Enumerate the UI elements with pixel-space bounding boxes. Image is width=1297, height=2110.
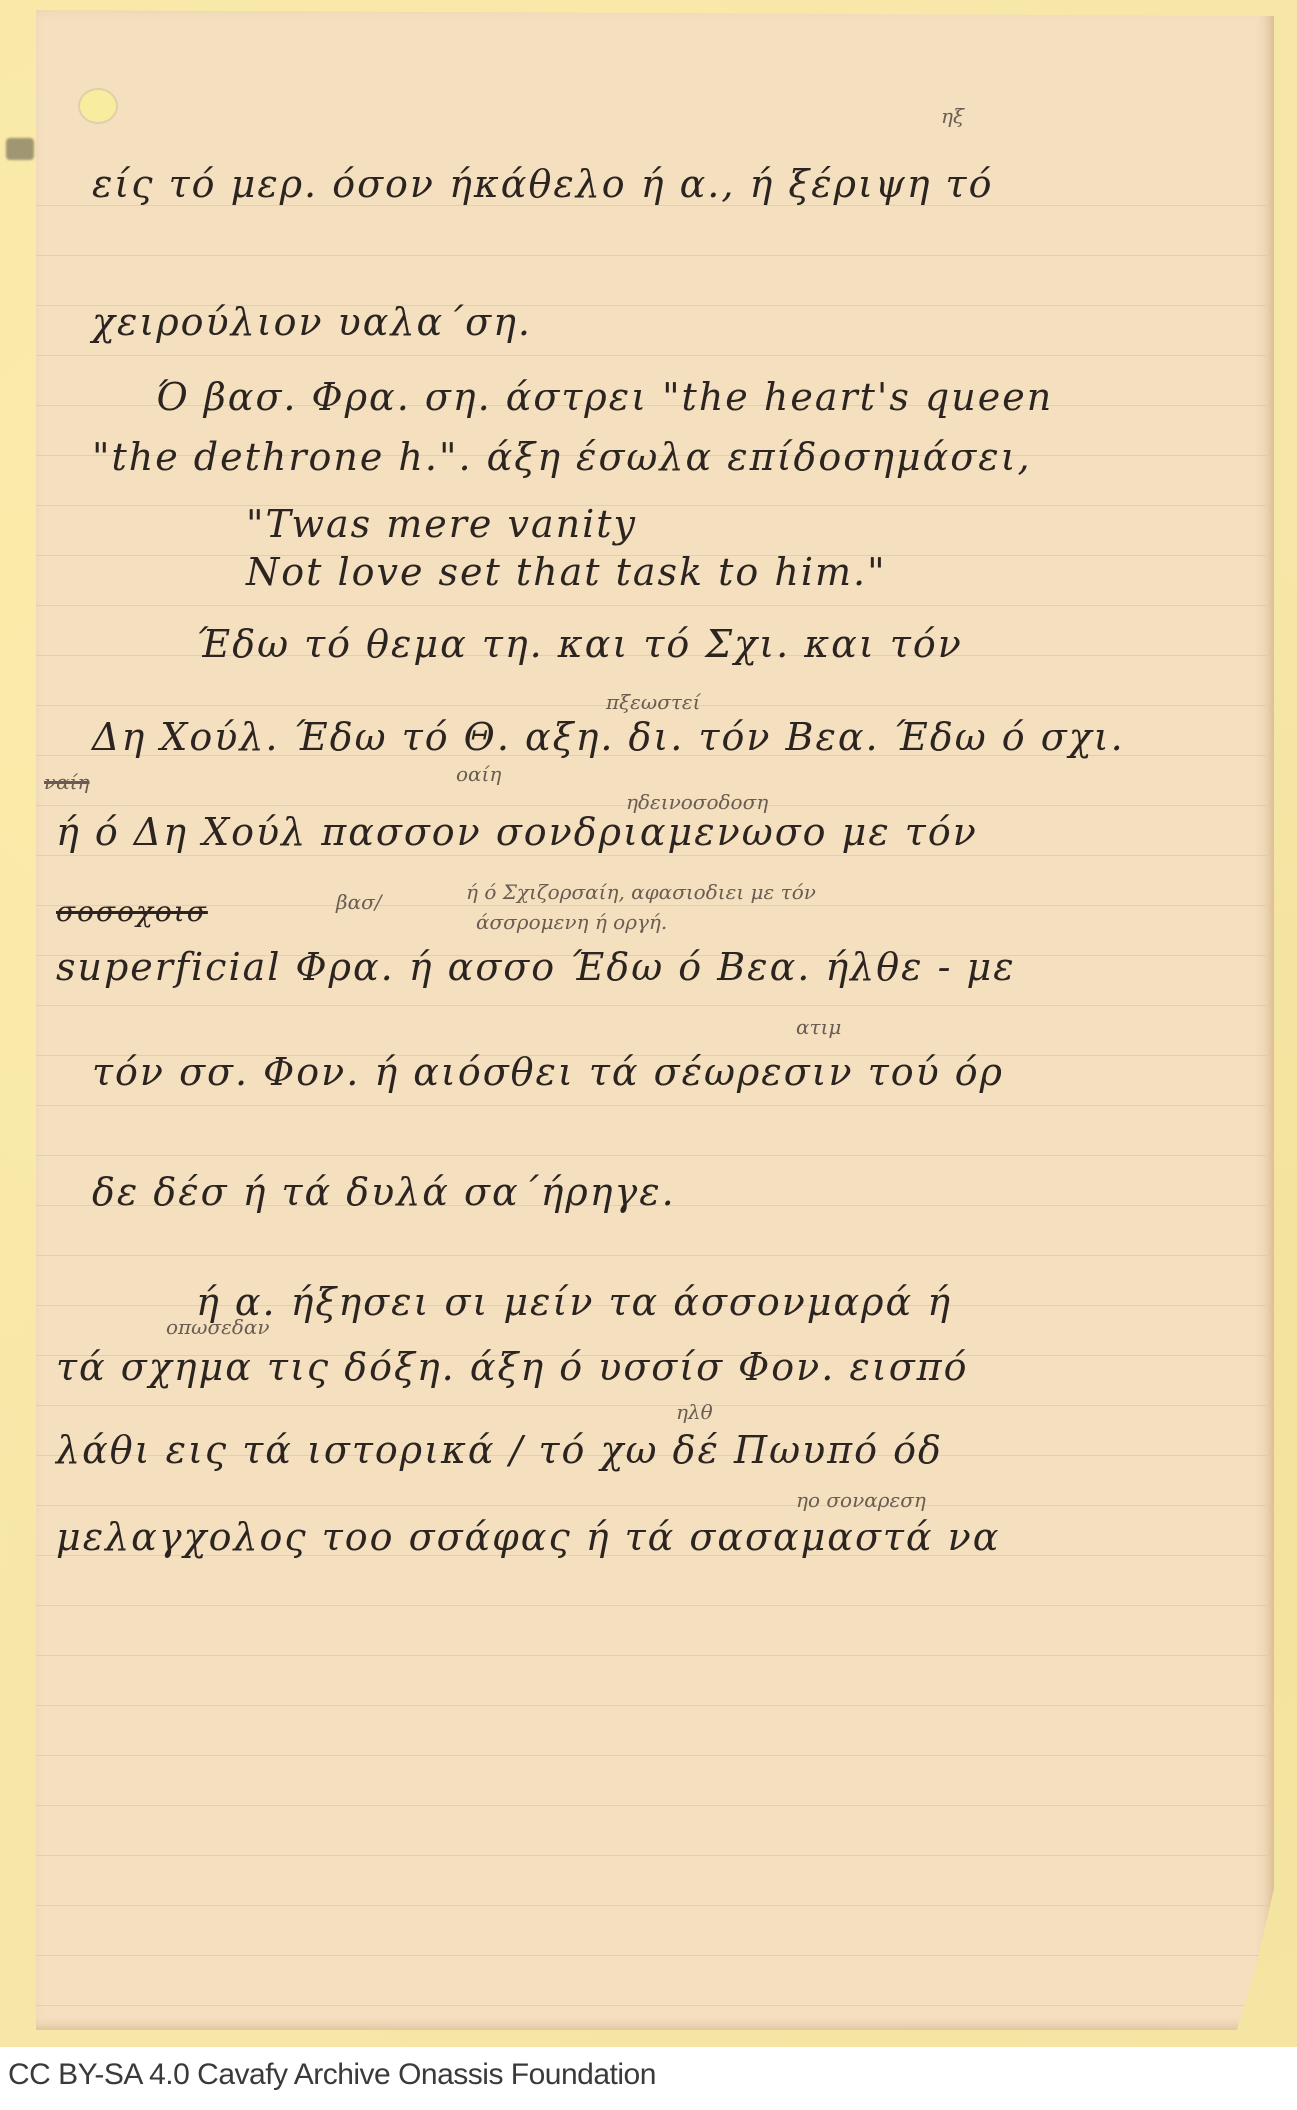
interlinear-note: ατιμ xyxy=(796,1015,841,1039)
ruled-line xyxy=(36,1955,1274,1956)
ruled-line xyxy=(36,1755,1274,1756)
ruled-line xyxy=(36,355,1274,356)
manuscript-line: ή ό Δη Χούλ πασσον σονδριαμενωσο με τόν xyxy=(56,810,978,854)
interlinear-note: ηξ xyxy=(941,104,964,128)
ruled-line xyxy=(36,1655,1274,1656)
interlinear-note: βασ/ xyxy=(336,890,381,914)
manuscript-line: Ό βασ. Φρα. ση. άστρει "the heart's quee… xyxy=(156,375,1053,419)
ruled-line xyxy=(36,1005,1274,1006)
interlinear-note: οαίη xyxy=(456,762,501,786)
manuscript-line: τά σχημα τις δόξη. άξη ό υσσίσ Φον. εισπ… xyxy=(56,1345,969,1389)
manuscript-line: "the dethrone h.". άξη έσωλα επίδοσημάσε… xyxy=(92,435,1032,479)
manuscript-line: είς τό μερ. όσον ήκάθελο ή α., ή ξέριψη … xyxy=(92,162,993,206)
manuscript-line: μελαγχολος τοο σσάφας ή τά σασαμαστά να xyxy=(56,1515,1000,1559)
manuscript-line: τόν σσ. Φον. ή αιόσθει τά σέωρεσιν τού ό… xyxy=(92,1050,1004,1094)
manuscript-line: λάθι εις τά ιστορικά / τό χω δέ Πωυπό όδ xyxy=(56,1428,943,1472)
manuscript-page: είς τό μερ. όσον ήκάθελο ή α., ή ξέριψη … xyxy=(36,10,1274,2030)
manuscript-quote-line: "Twas mere vanity xyxy=(246,502,637,546)
ruled-line xyxy=(36,1405,1274,1406)
ruled-line xyxy=(36,2005,1274,2006)
manuscript-line: superficial Φρα. ή ασσο Έδω ό Βεα. ήλθε … xyxy=(56,945,1016,989)
interlinear-note: πξεωστεί xyxy=(606,690,701,714)
scan-background: είς τό μερ. όσον ήκάθελο ή α., ή ξέριψη … xyxy=(0,0,1297,2047)
ruled-line xyxy=(36,1705,1274,1706)
manuscript-line: Δη Χούλ. Έδω τό Θ. αξη. δι. τόν Βεα. Έδω… xyxy=(92,715,1125,759)
ruled-line xyxy=(36,1855,1274,1856)
interlinear-note: ή ό Σχιζορσαίη, αφασιοδιει με τόν xyxy=(466,880,816,904)
ruled-line xyxy=(36,605,1274,606)
ruled-line xyxy=(36,855,1274,856)
manuscript-line: δε δέσ ή τά δυλά σα΄ήρηγε. xyxy=(92,1170,676,1214)
interlinear-note: οπωσεδαν xyxy=(166,1315,270,1339)
interlinear-note: άσσρομενη ή οργή. xyxy=(476,910,667,934)
ruled-line xyxy=(36,1155,1274,1156)
ruled-line xyxy=(36,1255,1274,1256)
manuscript-line: ή α. ήξησει σι μείν τα άσσονμαρά ή xyxy=(196,1280,952,1324)
ruled-line xyxy=(36,1505,1274,1506)
interlinear-note: ναίη xyxy=(44,770,90,794)
ink-smudge xyxy=(6,138,34,160)
ruled-line xyxy=(36,255,1274,256)
manuscript-quote-line: Not love set that task to him." xyxy=(246,550,887,594)
manuscript-line: σοσοχοισ xyxy=(56,895,208,928)
ruled-line xyxy=(36,1105,1274,1106)
ruled-line xyxy=(36,2055,1274,2056)
punched-hole xyxy=(80,90,116,122)
ruled-line xyxy=(36,905,1274,906)
license-caption: CC BY-SA 4.0 Cavafy Archive Onassis Foun… xyxy=(8,2058,656,2092)
manuscript-line: χειρούλιον υαλα΄ση. xyxy=(92,300,532,344)
manuscript-line: Έδω τό θεμα τη. και τό Σχι. και τόν xyxy=(196,622,963,666)
ruled-line xyxy=(36,505,1274,506)
ruled-line xyxy=(36,1605,1274,1606)
ruled-line xyxy=(36,1905,1274,1906)
interlinear-note: ηο σοναρεση xyxy=(796,1488,926,1512)
interlinear-note: ηλθ xyxy=(676,1400,713,1424)
ruled-line xyxy=(36,1805,1274,1806)
